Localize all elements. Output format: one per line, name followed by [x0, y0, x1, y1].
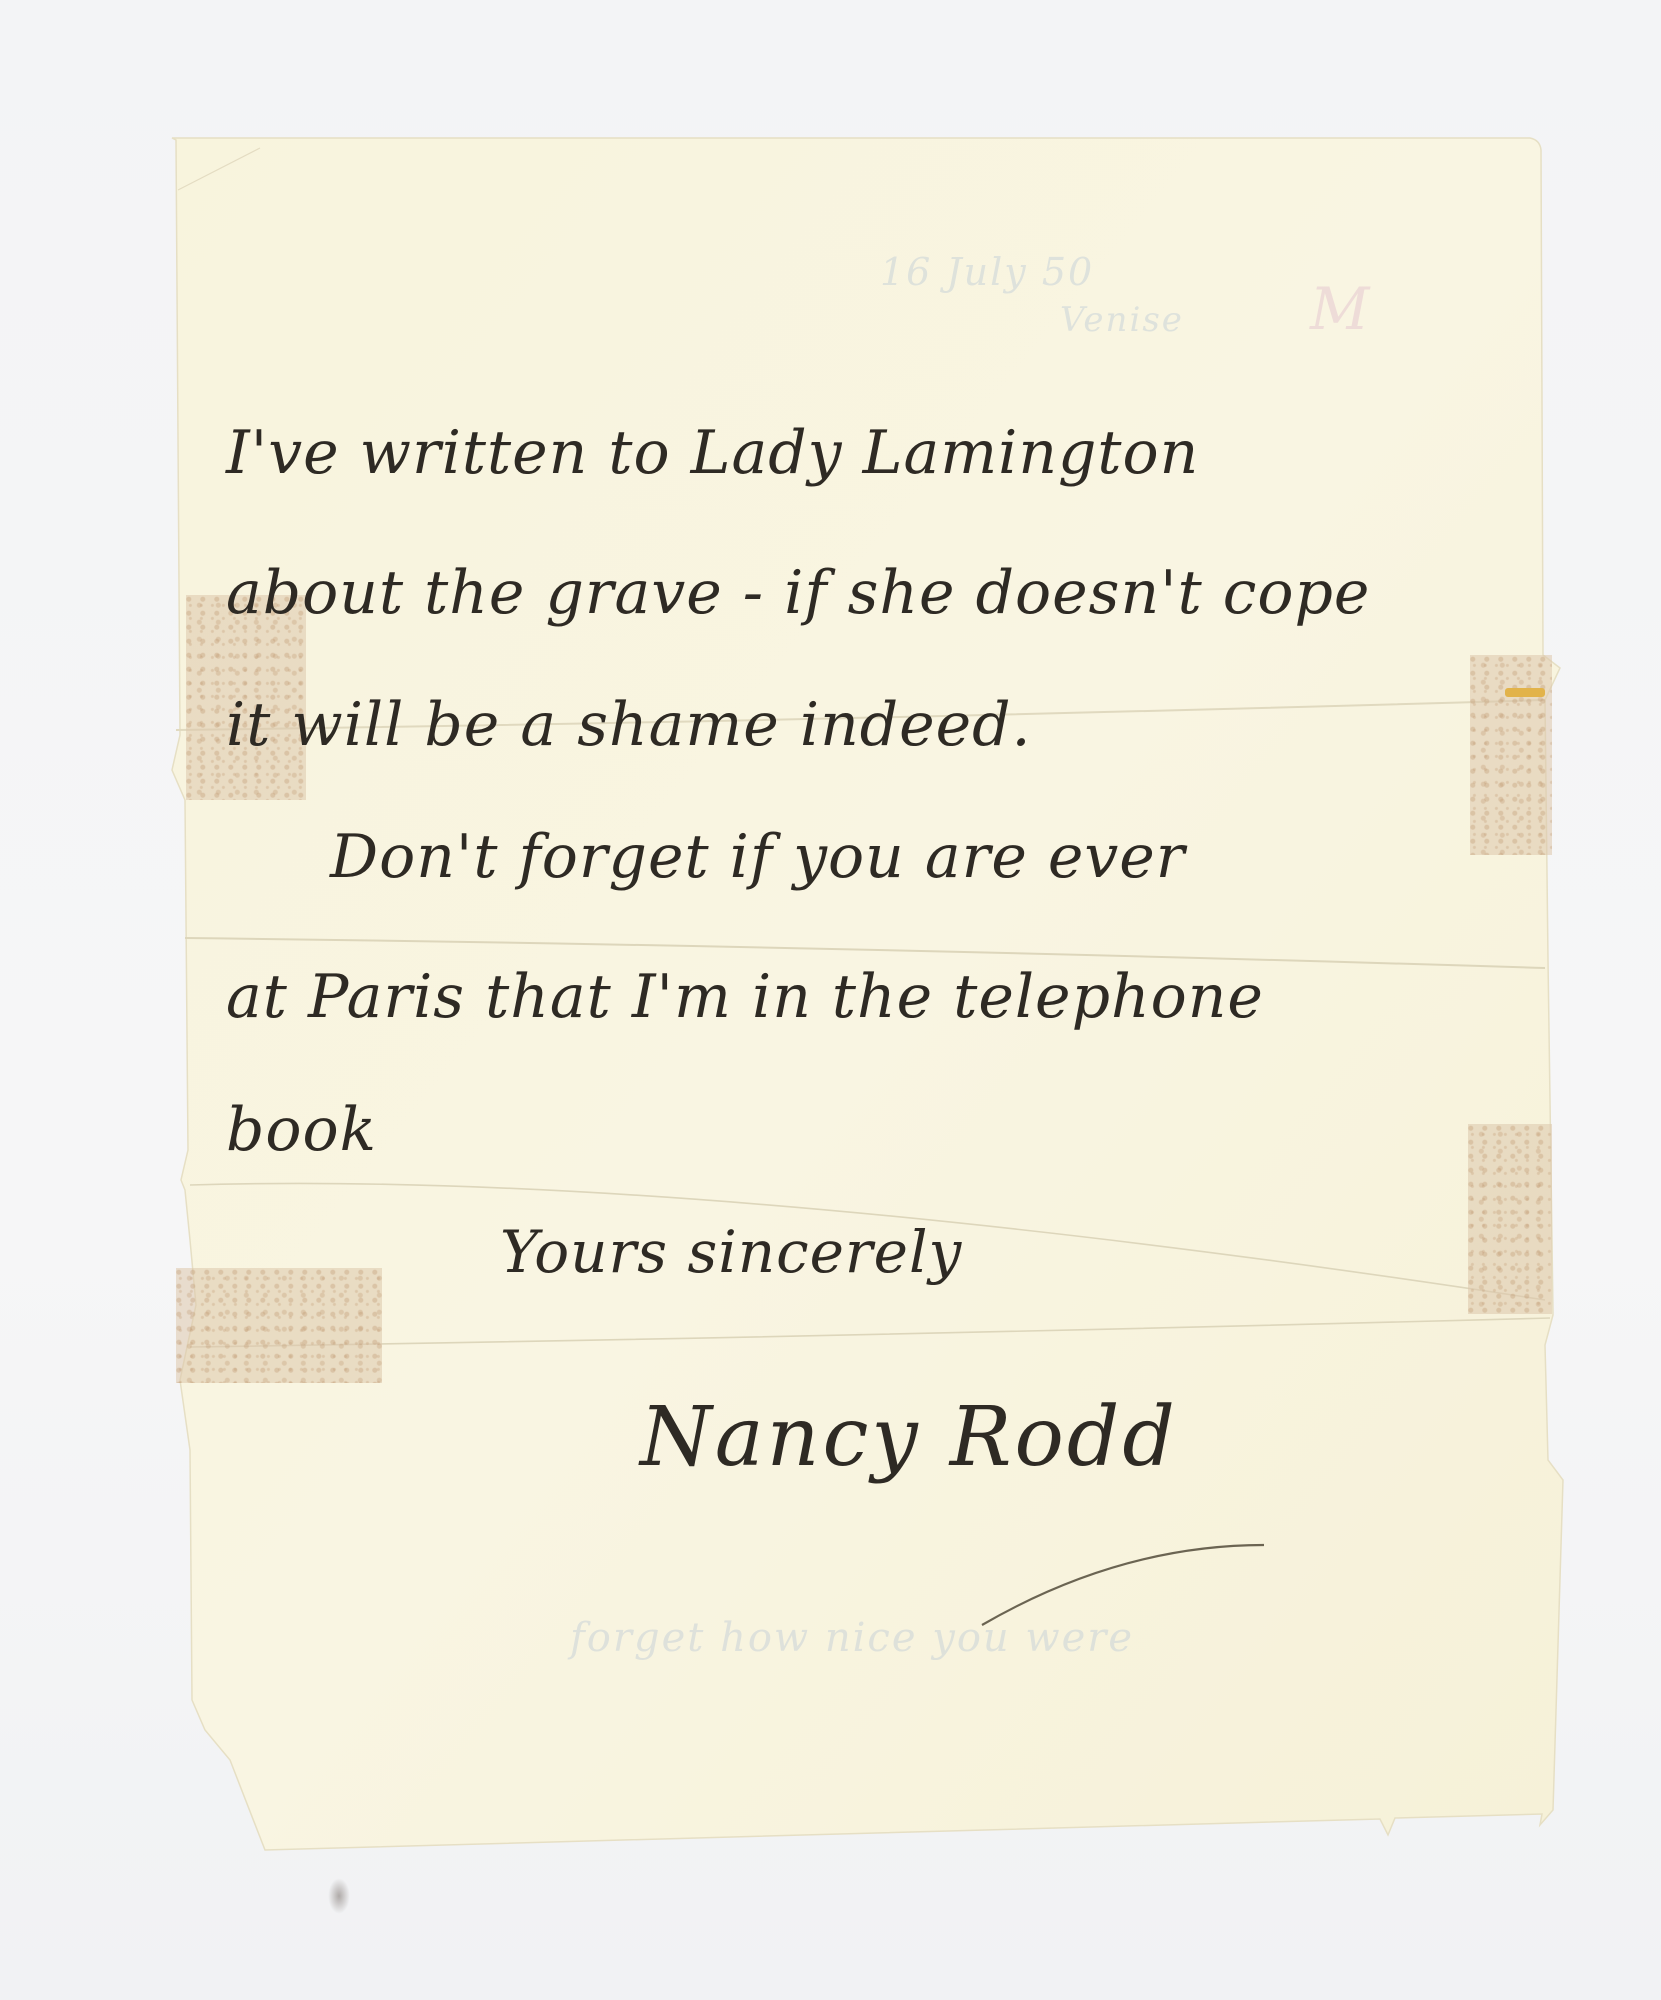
- letter-line-4: Don't forget if you are ever: [330, 822, 1186, 892]
- letter-line-3: it will be a shame indeed.: [226, 690, 1032, 760]
- show-through-corner-mark: M: [1310, 275, 1371, 343]
- show-through-place: Venise: [1060, 300, 1184, 340]
- letter-line-5: at Paris that I'm in the telephone: [226, 962, 1264, 1032]
- tape-piece-left-lower: [176, 1268, 382, 1383]
- letter-line-6: book: [226, 1095, 377, 1165]
- tape-adhesive-stain: [1505, 688, 1545, 697]
- show-through-bottom-line: forget how nice you were: [570, 1615, 1134, 1661]
- photo-stage: 16 July 50 Venise M forget how nice you …: [0, 0, 1661, 2000]
- letter-signature: Nancy Rodd: [640, 1390, 1178, 1485]
- letter-line-1: I've written to Lady Lamington: [226, 418, 1199, 488]
- tape-piece-right-upper: [1470, 655, 1552, 855]
- letter-line-2: about the grave - if she doesn't cope: [226, 558, 1370, 628]
- background-smudge: [328, 1878, 350, 1914]
- tape-piece-right-lower: [1468, 1124, 1552, 1314]
- show-through-date: 16 July 50: [880, 250, 1094, 294]
- letter-closing: Yours sincerely: [500, 1218, 962, 1286]
